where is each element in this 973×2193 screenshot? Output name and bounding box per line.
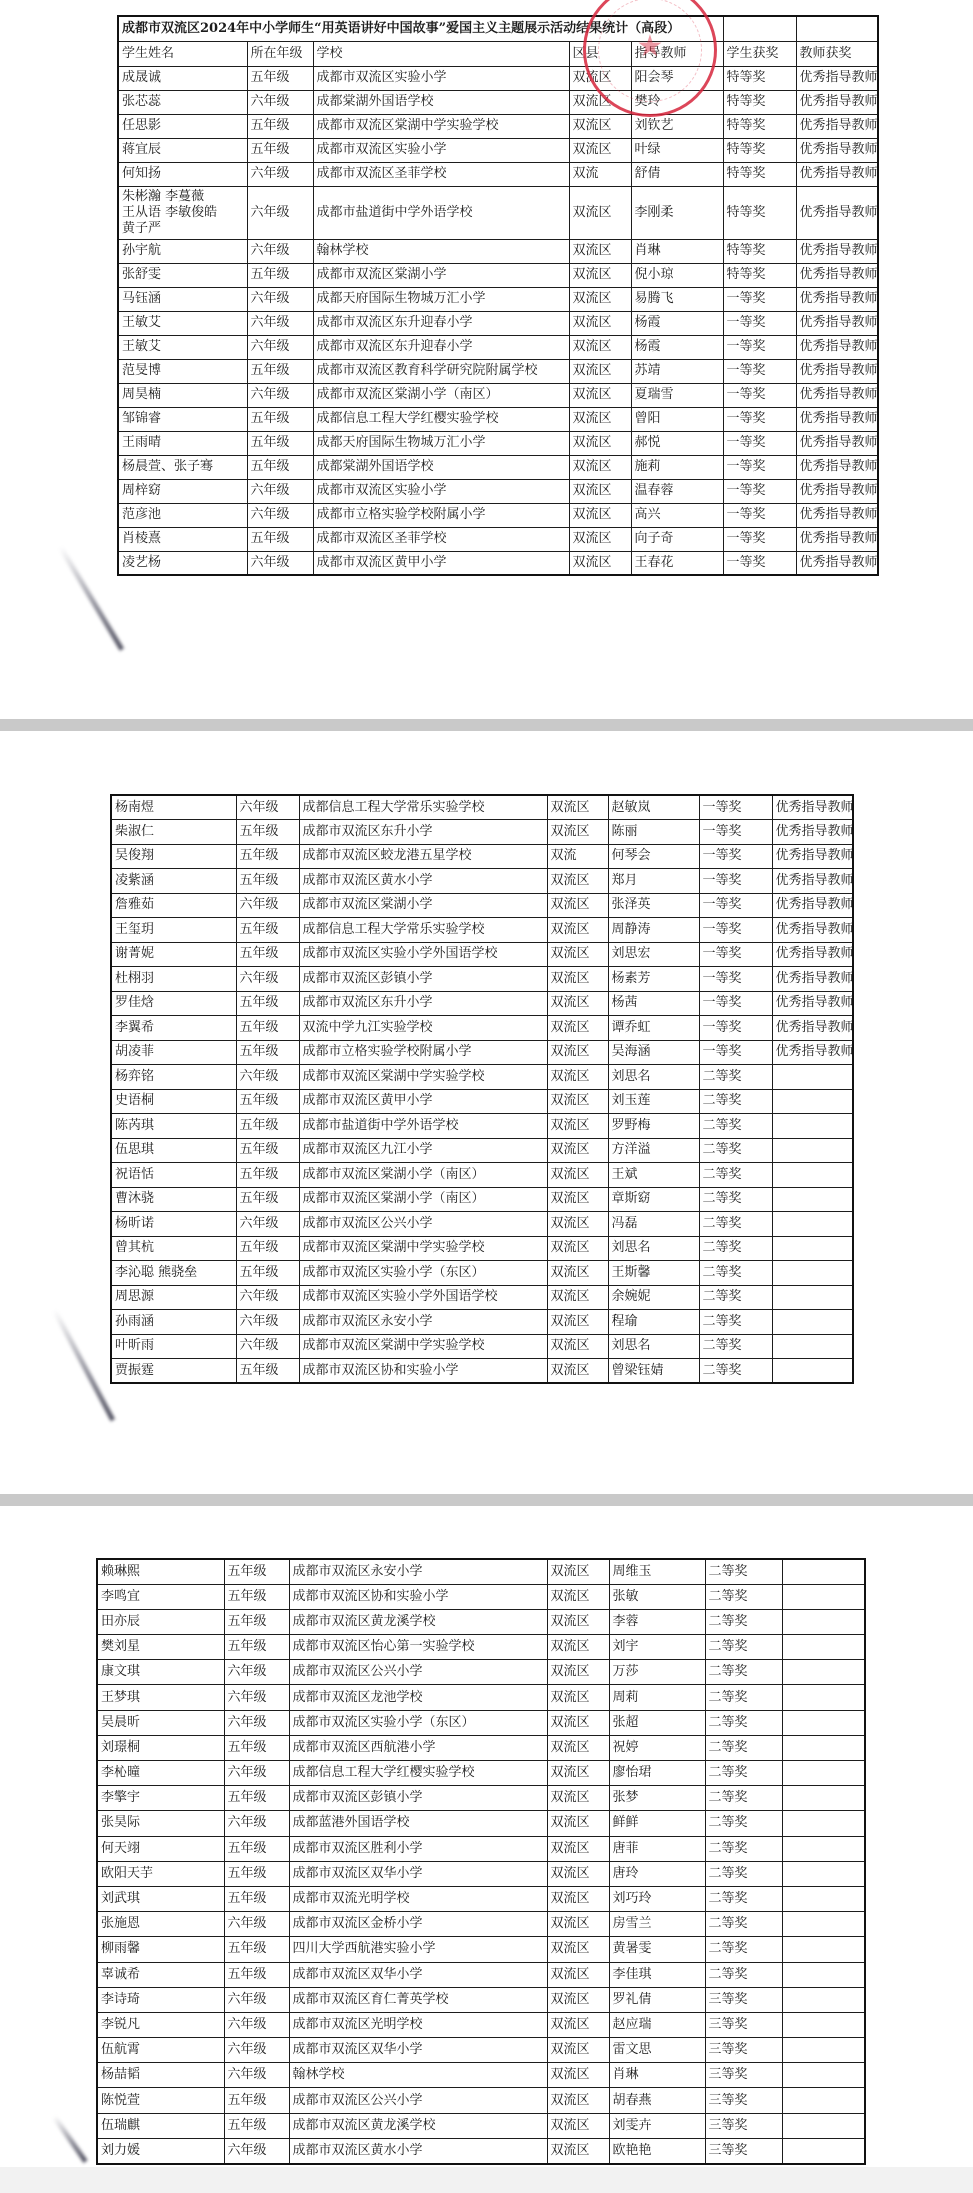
- table-row: 张舒雯五年级成都市双流区棠湖小学双流区倪小琼特等奖优秀指导教师: [118, 263, 878, 287]
- teacher-award-cell: [782, 1660, 865, 1685]
- table-row: 樊刘星五年级成都市双流区怡心第一实验学校双流区刘宇二等奖: [97, 1635, 865, 1660]
- district-cell: 双流区: [569, 90, 631, 114]
- school-cell: 成都市双流区棠湖小学（南区）: [313, 383, 569, 407]
- grade-cell: 六年级: [224, 2138, 289, 2163]
- student-award-cell: 一等奖: [723, 503, 796, 527]
- district-cell: 双流区: [547, 1735, 609, 1760]
- school-cell: 成都市双流区棠湖中学实验学校: [299, 1065, 547, 1090]
- district-cell: 双流区: [547, 942, 608, 967]
- district-cell: 双流区: [547, 1559, 609, 1584]
- table-row: 杨晨萱、张子骞五年级成都棠湖外国语学校双流区施莉一等奖优秀指导教师: [118, 455, 878, 479]
- award-table-page-3: 赖琳熙五年级成都市双流区永安小学双流区周维玉二等奖李鸣宜五年级成都市双流区协和实…: [96, 1558, 866, 2165]
- teacher-cell: 杨素芳: [608, 967, 699, 992]
- teacher-award-cell: 优秀指导教师: [796, 186, 878, 239]
- grade-cell: 六年级: [224, 2038, 289, 2063]
- grade-cell: 五年级: [247, 527, 313, 551]
- table-row: 伍瑞麒五年级成都市双流区黄龙溪学校双流区刘雯卉三等奖: [97, 2113, 865, 2138]
- teacher-award-cell: 优秀指导教师: [796, 407, 878, 431]
- table-body: 成晟诚五年级成都市双流区实验小学双流区阳会琴特等奖优秀指导教师张芯蕊六年级成都棠…: [118, 66, 878, 575]
- school-cell: 成都市双流区实验小学: [313, 138, 569, 162]
- grade-cell: 六年级: [247, 479, 313, 503]
- teacher-cell: 万莎: [609, 1660, 705, 1685]
- title-row: 成都市双流区2024年中小学师生“用英语讲好中国故事”爱国主义主题展示活动结果统…: [118, 16, 878, 41]
- table-row: 刘力媛六年级成都市双流区黄水小学双流区欧艳艳三等奖: [97, 2138, 865, 2163]
- school-cell: 成都市双流区实验小学外国语学校: [299, 942, 547, 967]
- student-name-cell: 王敏艾: [118, 335, 247, 359]
- student-award-cell: 特等奖: [723, 66, 796, 90]
- teacher-cell: 谭乔虹: [608, 1016, 699, 1041]
- district-cell: 双流区: [547, 2113, 609, 2138]
- table-row: 李诗琦六年级成都市双流区育仁菁英学校双流区罗礼倩三等奖: [97, 1987, 865, 2012]
- student-name-cell: 李擎宇: [97, 1786, 224, 1811]
- teacher-cell: 李刚柔: [631, 186, 723, 239]
- table-row: 李锐凡六年级成都市双流区光明学校双流区赵应瑞三等奖: [97, 2012, 865, 2037]
- teacher-award-cell: 优秀指导教师: [796, 479, 878, 503]
- teacher-award-cell: [782, 1861, 865, 1886]
- district-cell: 双流区: [547, 1212, 608, 1237]
- teacher-cell: 曾梁钰婧: [608, 1359, 699, 1384]
- student-award-cell: 一等奖: [699, 893, 772, 918]
- table-row: 张施恩六年级成都市双流区金桥小学双流区房雪兰二等奖: [97, 1912, 865, 1937]
- district-cell: 双流区: [547, 869, 608, 894]
- district-cell: 双流区: [547, 2038, 609, 2063]
- student-award-cell: 二等奖: [705, 1937, 782, 1962]
- teacher-cell: 刘思名: [608, 1065, 699, 1090]
- student-name-cell: 曹沐骁: [111, 1187, 236, 1212]
- district-cell: 双流区: [569, 455, 631, 479]
- table-row: 杨南煜六年级成都信息工程大学常乐实验学校双流区赵敏岚一等奖优秀指导教师: [111, 795, 853, 820]
- school-cell: 成都市双流区彭镇小学: [299, 967, 547, 992]
- district-cell: 双流区: [547, 1685, 609, 1710]
- school-cell: 成都市双流区光明学校: [289, 2012, 547, 2037]
- student-name-cell: 田亦辰: [97, 1609, 224, 1634]
- table-row: 王敏艾六年级成都市双流区东升迎春小学双流区杨霞一等奖优秀指导教师: [118, 335, 878, 359]
- award-table-page-1: 成都市双流区2024年中小学师生“用英语讲好中国故事”爱国主义主题展示活动结果统…: [117, 15, 879, 576]
- student-award-cell: 特等奖: [723, 239, 796, 263]
- teacher-award-cell: [782, 1912, 865, 1937]
- student-name-cell: 王梦琪: [97, 1685, 224, 1710]
- school-cell: 四川大学西航港实验小学: [289, 1937, 547, 1962]
- student-name-cell: 辜诚希: [97, 1962, 224, 1987]
- district-cell: 双流区: [547, 1065, 608, 1090]
- teacher-cell: 刘巧玲: [609, 1886, 705, 1911]
- student-name-cell: 史语桐: [111, 1089, 236, 1114]
- teacher-cell: 欧艳艳: [609, 2138, 705, 2163]
- school-cell: 成都市双流区蛟龙港五星学校: [299, 844, 547, 869]
- district-cell: 双流区: [547, 1912, 609, 1937]
- grade-cell: 五年级: [224, 1584, 289, 1609]
- grade-cell: 五年级: [224, 1735, 289, 1760]
- student-award-cell: 特等奖: [723, 114, 796, 138]
- student-award-cell: 一等奖: [723, 287, 796, 311]
- school-cell: 成都市盐道街中学外语学校: [299, 1114, 547, 1139]
- district-cell: 双流区: [547, 1359, 608, 1384]
- teacher-award-cell: [772, 1089, 853, 1114]
- teacher-award-cell: [782, 2113, 865, 2138]
- school-cell: 成都市双流区东升小学: [299, 991, 547, 1016]
- school-cell: 成都市双流区协和实验小学: [289, 1584, 547, 1609]
- teacher-award-cell: [772, 1212, 853, 1237]
- district-cell: 双流区: [569, 503, 631, 527]
- district-cell: 双流区: [547, 1861, 609, 1886]
- page-curl-shadow: [52, 2115, 88, 2163]
- student-award-cell: 二等奖: [705, 1761, 782, 1786]
- student-name-cell: 周梓窈: [118, 479, 247, 503]
- table-row: 柴淑仁五年级成都市双流区东升小学双流区陈丽一等奖优秀指导教师: [111, 820, 853, 845]
- teacher-award-cell: [782, 1937, 865, 1962]
- district-cell: 双流区: [569, 138, 631, 162]
- table-row: 李杺曈六年级成都信息工程大学红樱实验学校双流区廖怡珺二等奖: [97, 1761, 865, 1786]
- page-separator: [0, 1494, 973, 1506]
- school-cell: 成都市双流区永安小学: [289, 1559, 547, 1584]
- table-row: 曾其杭五年级成都市双流区棠湖中学实验学校双流区刘思名二等奖: [111, 1236, 853, 1261]
- student-award-cell: 二等奖: [705, 1660, 782, 1685]
- teacher-award-cell: [782, 1761, 865, 1786]
- page-separator: [0, 719, 973, 731]
- district-cell: 双流区: [547, 1334, 608, 1359]
- grade-cell: 六年级: [247, 186, 313, 239]
- student-award-cell: 一等奖: [723, 407, 796, 431]
- teacher-award-cell: [772, 1163, 853, 1188]
- district-cell: 双流区: [547, 991, 608, 1016]
- student-name-cell: 李翼希: [111, 1016, 236, 1041]
- school-cell: 成都棠湖外国语学校: [313, 90, 569, 114]
- school-cell: 成都市双流区黄水小学: [289, 2138, 547, 2163]
- table-row: 刘璟桐五年级成都市双流区西航港小学双流区祝婷二等奖: [97, 1735, 865, 1760]
- district-cell: 双流区: [547, 1836, 609, 1861]
- table-row: 凌艺杨六年级成都市双流区黄甲小学双流区王春花一等奖优秀指导教师: [118, 551, 878, 575]
- table-row: 邹锦睿五年级成都信息工程大学红樱实验学校双流区曾阳一等奖优秀指导教师: [118, 407, 878, 431]
- teacher-award-cell: [772, 1138, 853, 1163]
- school-cell: 成都市盐道街中学外语学校: [313, 186, 569, 239]
- grade-cell: 六年级: [224, 1987, 289, 2012]
- district-cell: 双流区: [547, 2012, 609, 2037]
- student-name-cell: 杨昕诺: [111, 1212, 236, 1237]
- teacher-cell: 苏靖: [631, 359, 723, 383]
- teacher-cell: 郑月: [608, 869, 699, 894]
- teacher-cell: 向子奇: [631, 527, 723, 551]
- table-row: 王玺玥五年级成都信息工程大学常乐实验学校双流区周静涛一等奖优秀指导教师: [111, 918, 853, 943]
- student-award-cell: 一等奖: [699, 1016, 772, 1041]
- grade-cell: 五年级: [236, 1138, 299, 1163]
- district-cell: 双流区: [547, 1811, 609, 1836]
- district-cell: 双流区: [547, 1040, 608, 1065]
- district-cell: 双流区: [547, 795, 608, 820]
- student-award-cell: 特等奖: [723, 186, 796, 239]
- table-row: 王雨晴五年级成都天府国际生物城万汇小学双流区郝悦一等奖优秀指导教师: [118, 431, 878, 455]
- student-award-cell: 二等奖: [705, 1735, 782, 1760]
- table-row: 李擎宇五年级成都市双流区彭镇小学双流区张梦二等奖: [97, 1786, 865, 1811]
- district-cell: 双流区: [569, 527, 631, 551]
- teacher-award-cell: [782, 2088, 865, 2113]
- teacher-award-cell: [772, 1261, 853, 1286]
- district-cell: 双流区: [547, 1016, 608, 1041]
- teacher-award-cell: [782, 1710, 865, 1735]
- student-name-cell: 张舒雯: [118, 263, 247, 287]
- teacher-award-cell: 优秀指导教师: [796, 90, 878, 114]
- district-cell: 双流: [547, 844, 608, 869]
- school-cell: 翰林学校: [313, 239, 569, 263]
- teacher-cell: 何琴会: [608, 844, 699, 869]
- district-cell: 双流区: [569, 311, 631, 335]
- table-row: 曹沐骁五年级成都市双流区棠湖小学（南区）双流区章斯窈二等奖: [111, 1187, 853, 1212]
- grade-cell: 六年级: [236, 795, 299, 820]
- district-cell: 双流区: [547, 918, 608, 943]
- student-name-cell: 柳雨馨: [97, 1937, 224, 1962]
- district-cell: 双流区: [547, 1987, 609, 2012]
- table-row: 田亦辰五年级成都市双流区黄龙溪学校双流区李蓉二等奖: [97, 1609, 865, 1634]
- student-award-cell: 一等奖: [699, 844, 772, 869]
- student-name-cell: 张昊际: [97, 1811, 224, 1836]
- student-award-cell: 一等奖: [699, 1040, 772, 1065]
- teacher-award-cell: 优秀指导教师: [796, 335, 878, 359]
- student-name-cell: 周思源: [111, 1285, 236, 1310]
- teacher-award-cell: [782, 1559, 865, 1584]
- teacher-award-cell: 优秀指导教师: [796, 162, 878, 186]
- student-award-cell: 特等奖: [723, 90, 796, 114]
- student-award-cell: 三等奖: [705, 2012, 782, 2037]
- table-row: 史语桐五年级成都市双流区黄甲小学双流区刘玉莲二等奖: [111, 1089, 853, 1114]
- grade-cell: 六年级: [247, 335, 313, 359]
- teacher-cell: 廖怡珺: [609, 1761, 705, 1786]
- student-name-cell: 范彦池: [118, 503, 247, 527]
- bottom-background: [0, 2167, 973, 2193]
- table-row: 孙宇航六年级翰林学校双流区肖琳特等奖优秀指导教师: [118, 239, 878, 263]
- student-award-cell: 二等奖: [699, 1187, 772, 1212]
- grade-cell: 五年级: [224, 1861, 289, 1886]
- grade-cell: 六年级: [247, 383, 313, 407]
- teacher-cell: 李佳琪: [609, 1962, 705, 1987]
- teacher-cell: 施莉: [631, 455, 723, 479]
- student-name-cell: 李锐凡: [97, 2012, 224, 2037]
- student-award-cell: 一等奖: [723, 479, 796, 503]
- student-award-cell: 特等奖: [723, 138, 796, 162]
- teacher-award-cell: 优秀指导教师: [796, 551, 878, 575]
- table-body: 杨南煜六年级成都信息工程大学常乐实验学校双流区赵敏岚一等奖优秀指导教师柴淑仁五年…: [111, 795, 853, 1383]
- student-award-cell: 二等奖: [699, 1114, 772, 1139]
- school-cell: 成都信息工程大学红樱实验学校: [313, 407, 569, 431]
- student-name-cell: 杨南煜: [111, 795, 236, 820]
- student-name-cell: 王敏艾: [118, 311, 247, 335]
- district-cell: 双流区: [547, 1310, 608, 1335]
- table-row: 任思影五年级成都市双流区棠湖中学实验学校双流区刘钦艺特等奖优秀指导教师: [118, 114, 878, 138]
- table-row: 张芯蕊六年级成都棠湖外国语学校双流区樊玲特等奖优秀指导教师: [118, 90, 878, 114]
- teacher-cell: 刘钦艺: [631, 114, 723, 138]
- student-name-cell: 孙宇航: [118, 239, 247, 263]
- teacher-award-cell: 优秀指导教师: [796, 263, 878, 287]
- school-cell: 成都市双流区九江小学: [299, 1138, 547, 1163]
- student-award-cell: 二等奖: [705, 1635, 782, 1660]
- district-cell: 双流区: [569, 479, 631, 503]
- district-cell: 双流区: [547, 1886, 609, 1911]
- grade-cell: 六年级: [247, 503, 313, 527]
- school-cell: 成都市双流区实验小学（东区）: [299, 1261, 547, 1286]
- teacher-cell: 罗野梅: [608, 1114, 699, 1139]
- school-cell: 成都信息工程大学常乐实验学校: [299, 795, 547, 820]
- school-cell: 双流中学九江实验学校: [299, 1016, 547, 1041]
- grade-cell: 五年级: [224, 1886, 289, 1911]
- student-award-cell: 二等奖: [705, 1962, 782, 1987]
- grade-cell: 五年级: [247, 114, 313, 138]
- teacher-award-cell: 优秀指导教师: [796, 527, 878, 551]
- grade-cell: 五年级: [236, 1163, 299, 1188]
- district-cell: 双流区: [569, 114, 631, 138]
- teacher-award-cell: [782, 1886, 865, 1911]
- teacher-cell: 周静涛: [608, 918, 699, 943]
- column-header-school: 学校: [313, 41, 569, 66]
- teacher-cell: 张泽英: [608, 893, 699, 918]
- teacher-award-cell: [772, 1285, 853, 1310]
- teacher-cell: 阳会琴: [631, 66, 723, 90]
- district-cell: 双流区: [547, 893, 608, 918]
- student-name-cell: 伍瑞麒: [97, 2113, 224, 2138]
- grade-cell: 五年级: [224, 2113, 289, 2138]
- table-row: 罗佳焓五年级成都市双流区东升小学双流区杨茜一等奖优秀指导教师: [111, 991, 853, 1016]
- teacher-award-cell: 优秀指导教师: [796, 138, 878, 162]
- district-cell: 双流区: [547, 1236, 608, 1261]
- grade-cell: 五年级: [236, 991, 299, 1016]
- grade-cell: 五年级: [236, 1187, 299, 1212]
- student-award-cell: 三等奖: [705, 2088, 782, 2113]
- student-name-cell: 欧阳天芋: [97, 1861, 224, 1886]
- student-award-cell: 二等奖: [705, 1861, 782, 1886]
- school-cell: 成都市双流区公兴小学: [289, 2088, 547, 2113]
- grade-cell: 六年级: [224, 1912, 289, 1937]
- school-cell: 成都天府国际生物城万汇小学: [313, 431, 569, 455]
- student-name-cell: 詹雅茹: [111, 893, 236, 918]
- district-cell: 双流区: [547, 1584, 609, 1609]
- student-name-cell: 康文琪: [97, 1660, 224, 1685]
- teacher-cell: 高兴: [631, 503, 723, 527]
- student-name-cell: 伍思琪: [111, 1138, 236, 1163]
- teacher-cell: 雷文思: [609, 2038, 705, 2063]
- table-row: 杜栩羽六年级成都市双流区彭镇小学双流区杨素芳一等奖优秀指导教师: [111, 967, 853, 992]
- grade-cell: 六年级: [247, 287, 313, 311]
- teacher-award-cell: [782, 2138, 865, 2163]
- teacher-award-cell: [772, 1114, 853, 1139]
- grade-cell: 五年级: [224, 1962, 289, 1987]
- student-name-cell: 凌紫涵: [111, 869, 236, 894]
- teacher-cell: 倪小琼: [631, 263, 723, 287]
- student-name-cell: 赖琳熙: [97, 1559, 224, 1584]
- teacher-award-cell: [782, 1987, 865, 2012]
- student-name-cell: 张施恩: [97, 1912, 224, 1937]
- school-cell: 成都市双流区彭镇小学: [289, 1786, 547, 1811]
- student-award-cell: 二等奖: [699, 1236, 772, 1261]
- student-name-cell: 樊刘星: [97, 1635, 224, 1660]
- table-row: 伍思琪五年级成都市双流区九江小学双流区方洋溢二等奖: [111, 1138, 853, 1163]
- column-header-grade: 所在年级: [247, 41, 313, 66]
- student-award-cell: 二等奖: [699, 1138, 772, 1163]
- teacher-award-cell: 优秀指导教师: [772, 820, 853, 845]
- teacher-cell: 刘思宏: [608, 942, 699, 967]
- student-name-cell: 邹锦睿: [118, 407, 247, 431]
- teacher-award-cell: 优秀指导教师: [772, 918, 853, 943]
- district-cell: 双流区: [569, 287, 631, 311]
- school-cell: 成都市双流区怡心第一实验学校: [289, 1635, 547, 1660]
- page-curl-shadow: [58, 545, 124, 650]
- award-table-page-2: 杨南煜六年级成都信息工程大学常乐实验学校双流区赵敏岚一等奖优秀指导教师柴淑仁五年…: [110, 794, 854, 1384]
- teacher-cell: 刘思名: [608, 1334, 699, 1359]
- student-award-cell: 三等奖: [705, 2038, 782, 2063]
- table-row: 胡凌菲五年级成都市立格实验学校附属小学双流区吴海涵一等奖优秀指导教师: [111, 1040, 853, 1065]
- teacher-cell: 刘宇: [609, 1635, 705, 1660]
- grade-cell: 六年级: [224, 1811, 289, 1836]
- grade-cell: 五年级: [224, 1609, 289, 1634]
- table-row: 肖棱熹五年级成都市双流区圣菲学校双流区向子奇一等奖优秀指导教师: [118, 527, 878, 551]
- grade-cell: 五年级: [247, 455, 313, 479]
- student-name-cell: 吴俊翔: [111, 844, 236, 869]
- grade-cell: 五年级: [224, 1836, 289, 1861]
- student-name-cell: 柴淑仁: [111, 820, 236, 845]
- student-name-cell: 杜栩羽: [111, 967, 236, 992]
- school-cell: 成都市双流区协和实验小学: [299, 1359, 547, 1384]
- student-name-cell: 刘武琪: [97, 1886, 224, 1911]
- grade-cell: 六年级: [224, 2012, 289, 2037]
- teacher-cell: 夏瑞雪: [631, 383, 723, 407]
- school-cell: 成都市双流区黄龙溪学校: [289, 1609, 547, 1634]
- grade-cell: 五年级: [236, 1359, 299, 1384]
- school-cell: 成都市双流区双华小学: [289, 1962, 547, 1987]
- teacher-cell: 罗礼倩: [609, 1987, 705, 2012]
- teacher-award-cell: 优秀指导教师: [772, 795, 853, 820]
- grade-cell: 六年级: [247, 311, 313, 335]
- student-name-cell: 叶昕雨: [111, 1334, 236, 1359]
- table-row: 何天翊五年级成都市双流区胜利小学双流区唐菲二等奖: [97, 1836, 865, 1861]
- school-cell: 成都市双流光明学校: [289, 1886, 547, 1911]
- teacher-cell: 刘思名: [608, 1236, 699, 1261]
- grade-cell: 五年级: [236, 1261, 299, 1286]
- student-award-cell: 一等奖: [699, 918, 772, 943]
- student-name-cell: 贾振霆: [111, 1359, 236, 1384]
- table-row: 柳雨馨五年级四川大学西航港实验小学双流区黄暑雯二等奖: [97, 1937, 865, 1962]
- student-name-cell: 杨喆韬: [97, 2063, 224, 2088]
- teacher-cell: 赵应瑞: [609, 2012, 705, 2037]
- student-name-cell: 李诗琦: [97, 1987, 224, 2012]
- table-row: 杨弈铭六年级成都市双流区棠湖中学实验学校双流区刘思名二等奖: [111, 1065, 853, 1090]
- school-cell: 成都市双流区棠湖中学实验学校: [299, 1334, 547, 1359]
- student-name-cell: 杨晨萱、张子骞: [118, 455, 247, 479]
- grade-cell: 五年级: [236, 844, 299, 869]
- teacher-cell: 李蓉: [609, 1609, 705, 1634]
- student-award-cell: 一等奖: [699, 991, 772, 1016]
- grade-cell: 六年级: [224, 1685, 289, 1710]
- student-name-cell: 肖棱熹: [118, 527, 247, 551]
- table-row: 刘武琪五年级成都市双流光明学校双流区刘巧玲二等奖: [97, 1886, 865, 1911]
- table-row: 陈芮琪五年级成都市盐道街中学外语学校双流区罗野梅二等奖: [111, 1114, 853, 1139]
- student-award-cell: 特等奖: [723, 263, 796, 287]
- teacher-cell: 周维玉: [609, 1559, 705, 1584]
- student-name-cell: 陈芮琪: [111, 1114, 236, 1139]
- student-name-cell: 成晟诚: [118, 66, 247, 90]
- student-name-cell: 杨弈铭: [111, 1065, 236, 1090]
- grade-cell: 五年级: [236, 1089, 299, 1114]
- teacher-award-cell: 优秀指导教师: [772, 844, 853, 869]
- teacher-award-cell: [782, 1962, 865, 1987]
- table-row: 李鸣宜五年级成都市双流区协和实验小学双流区张敏二等奖: [97, 1584, 865, 1609]
- student-award-cell: 二等奖: [705, 1559, 782, 1584]
- student-name-cell: 凌艺杨: [118, 551, 247, 575]
- district-cell: 双流区: [569, 431, 631, 455]
- grade-cell: 六年级: [236, 967, 299, 992]
- table-row: 王敏艾六年级成都市双流区东升迎春小学双流区杨霞一等奖优秀指导教师: [118, 311, 878, 335]
- grade-cell: 五年级: [236, 869, 299, 894]
- teacher-award-cell: [782, 1836, 865, 1861]
- student-award-cell: 二等奖: [705, 1609, 782, 1634]
- district-cell: 双流区: [569, 239, 631, 263]
- teacher-cell: 余婉妮: [608, 1285, 699, 1310]
- school-cell: 成都市双流区金桥小学: [289, 1912, 547, 1937]
